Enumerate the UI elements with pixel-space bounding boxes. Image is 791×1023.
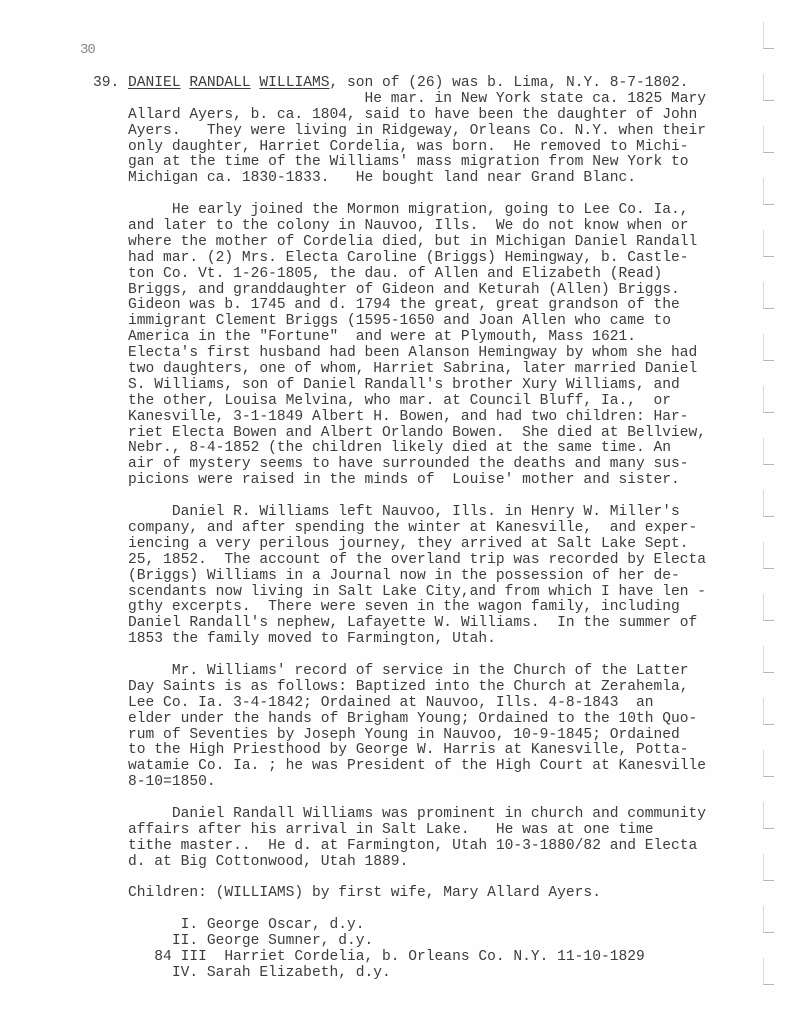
- margin-mark: [763, 22, 774, 49]
- text-line: picions were raised in the minds of Loui…: [93, 473, 753, 489]
- paragraph-migration: He early joined the Mormon migration, go…: [93, 203, 753, 489]
- margin-mark: [763, 646, 774, 673]
- page-number: 30: [80, 42, 95, 58]
- text-line: Lee Co. Ia. 3-4-1842; Ordained at Nauvoo…: [93, 696, 753, 712]
- text-line: Mr. Williams' record of service in the C…: [93, 664, 753, 680]
- text-line: gthy excerpts. There were seven in the w…: [93, 600, 753, 616]
- margin-binding-marks: [763, 0, 783, 1023]
- text-line: company, and after spending the winter a…: [93, 521, 753, 537]
- text-line: 39. DANIEL RANDALL WILLIAMS, son of (26)…: [93, 76, 753, 92]
- text-line: He mar. in New York state ca. 1825 Mary: [93, 92, 753, 108]
- text-line: Gideon was b. 1745 and d. 1794 the great…: [93, 298, 753, 314]
- text-line: the other, Louisa Melvina, who mar. at C…: [93, 394, 753, 410]
- margin-mark: [763, 802, 774, 829]
- child-list-item: 84 III Harriet Cordelia, b. Orleans Co. …: [93, 950, 753, 966]
- margin-mark: [763, 178, 774, 205]
- child-list-item: I. George Oscar, d.y.: [93, 918, 753, 934]
- margin-mark: [763, 750, 774, 777]
- text-line: immigrant Clement Briggs (1595-1650 and …: [93, 314, 753, 330]
- text-line: ton Co. Vt. 1-26-1805, the dau. of Allen…: [93, 267, 753, 283]
- text-line: where the mother of Cordelia died, but i…: [93, 235, 753, 251]
- document-body: 39. DANIEL RANDALL WILLIAMS, son of (26)…: [93, 76, 753, 982]
- margin-mark: [763, 490, 774, 517]
- text-line: (Briggs) Williams in a Journal now in th…: [93, 569, 753, 585]
- paragraph-journey: Daniel R. Williams left Nauvoo, Ills. in…: [93, 505, 753, 648]
- entry-name: RANDALL: [189, 75, 250, 91]
- text-line: tithe master.. He d. at Farmington, Utah…: [93, 839, 753, 855]
- text-line: 1853 the family moved to Farmington, Uta…: [93, 632, 753, 648]
- text-line: Michigan ca. 1830-1833. He bought land n…: [93, 171, 753, 187]
- margin-mark: [763, 698, 774, 725]
- text-line: America in the "Fortune" and were at Ply…: [93, 330, 753, 346]
- text-line: Nebr., 8-4-1852 (the children likely die…: [93, 441, 753, 457]
- margin-mark: [763, 958, 774, 985]
- text-line: rum of Seventies by Joseph Young in Nauv…: [93, 728, 753, 744]
- text-line: had mar. (2) Mrs. Electa Caroline (Brigg…: [93, 251, 753, 267]
- margin-mark: [763, 594, 774, 621]
- child-list-item: II. George Sumner, d.y.: [93, 934, 753, 950]
- margin-mark: [763, 282, 774, 309]
- margin-mark: [763, 386, 774, 413]
- margin-mark: [763, 906, 774, 933]
- text-line: Daniel R. Williams left Nauvoo, Ills. in…: [93, 505, 753, 521]
- margin-mark: [763, 126, 774, 153]
- paragraph-later-life: Daniel Randall Williams was prominent in…: [93, 807, 753, 871]
- child-list-item: IV. Sarah Elizabeth, d.y.: [93, 966, 753, 982]
- text-line: riet Electa Bowen and Albert Orlando Bow…: [93, 426, 753, 442]
- text-line: He early joined the Mormon migration, go…: [93, 203, 753, 219]
- document-page: 30 39. DANIEL RANDALL WILLIAMS, son of (…: [0, 0, 791, 1023]
- text-line: d. at Big Cottonwood, Utah 1889.: [93, 855, 753, 871]
- text-line: elder under the hands of Brigham Young; …: [93, 712, 753, 728]
- margin-mark: [763, 854, 774, 881]
- text-line: two daughters, one of whom, Harriet Sabr…: [93, 362, 753, 378]
- text-line: Allard Ayers, b. ca. 1804, said to have …: [93, 108, 753, 124]
- text-line: S. Williams, son of Daniel Randall's bro…: [93, 378, 753, 394]
- entry-name: DANIEL: [128, 75, 181, 91]
- margin-mark: [763, 542, 774, 569]
- text-line: Daniel Randall's nephew, Lafayette W. Wi…: [93, 616, 753, 632]
- paragraph-church-service: Mr. Williams' record of service in the C…: [93, 664, 753, 791]
- text-line: Children: (WILLIAMS) by first wife, Mary…: [93, 886, 753, 902]
- text-line: and later to the colony in Nauvoo, Ills.…: [93, 219, 753, 235]
- text-line: watamie Co. Ia. ; he was President of th…: [93, 759, 753, 775]
- text-line: Day Saints is as follows: Baptized into …: [93, 680, 753, 696]
- text-line: Electa's first husband had been Alanson …: [93, 346, 753, 362]
- children-list: I. George Oscar, d.y. II. George Sumner,…: [93, 918, 753, 982]
- children-heading: Children: (WILLIAMS) by first wife, Mary…: [93, 886, 753, 902]
- text-line: only daughter, Harriet Cordelia, was bor…: [93, 140, 753, 156]
- text-line: scendants now living in Salt Lake City,a…: [93, 585, 753, 601]
- text-line: to the High Priesthood by George W. Harr…: [93, 743, 753, 759]
- margin-mark: [763, 334, 774, 361]
- text-line: Kanesville, 3-1-1849 Albert H. Bowen, an…: [93, 410, 753, 426]
- text-line: Ayers. They were living in Ridgeway, Orl…: [93, 124, 753, 140]
- text-line: affairs after his arrival in Salt Lake. …: [93, 823, 753, 839]
- margin-mark: [763, 74, 774, 101]
- text-line: 8-10=1850.: [93, 775, 753, 791]
- text-line: air of mystery seems to have surrounded …: [93, 457, 753, 473]
- margin-mark: [763, 230, 774, 257]
- text-line: iencing a very perilous journey, they ar…: [93, 537, 753, 553]
- entry-name: WILLIAMS: [259, 75, 329, 91]
- entry-intro: 39. DANIEL RANDALL WILLIAMS, son of (26)…: [93, 76, 753, 187]
- text-line: Briggs, and granddaughter of Gideon and …: [93, 283, 753, 299]
- text-line: Daniel Randall Williams was prominent in…: [93, 807, 753, 823]
- margin-mark: [763, 438, 774, 465]
- text-line: gan at the time of the Williams' mass mi…: [93, 155, 753, 171]
- text-line: 25, 1852. The account of the overland tr…: [93, 553, 753, 569]
